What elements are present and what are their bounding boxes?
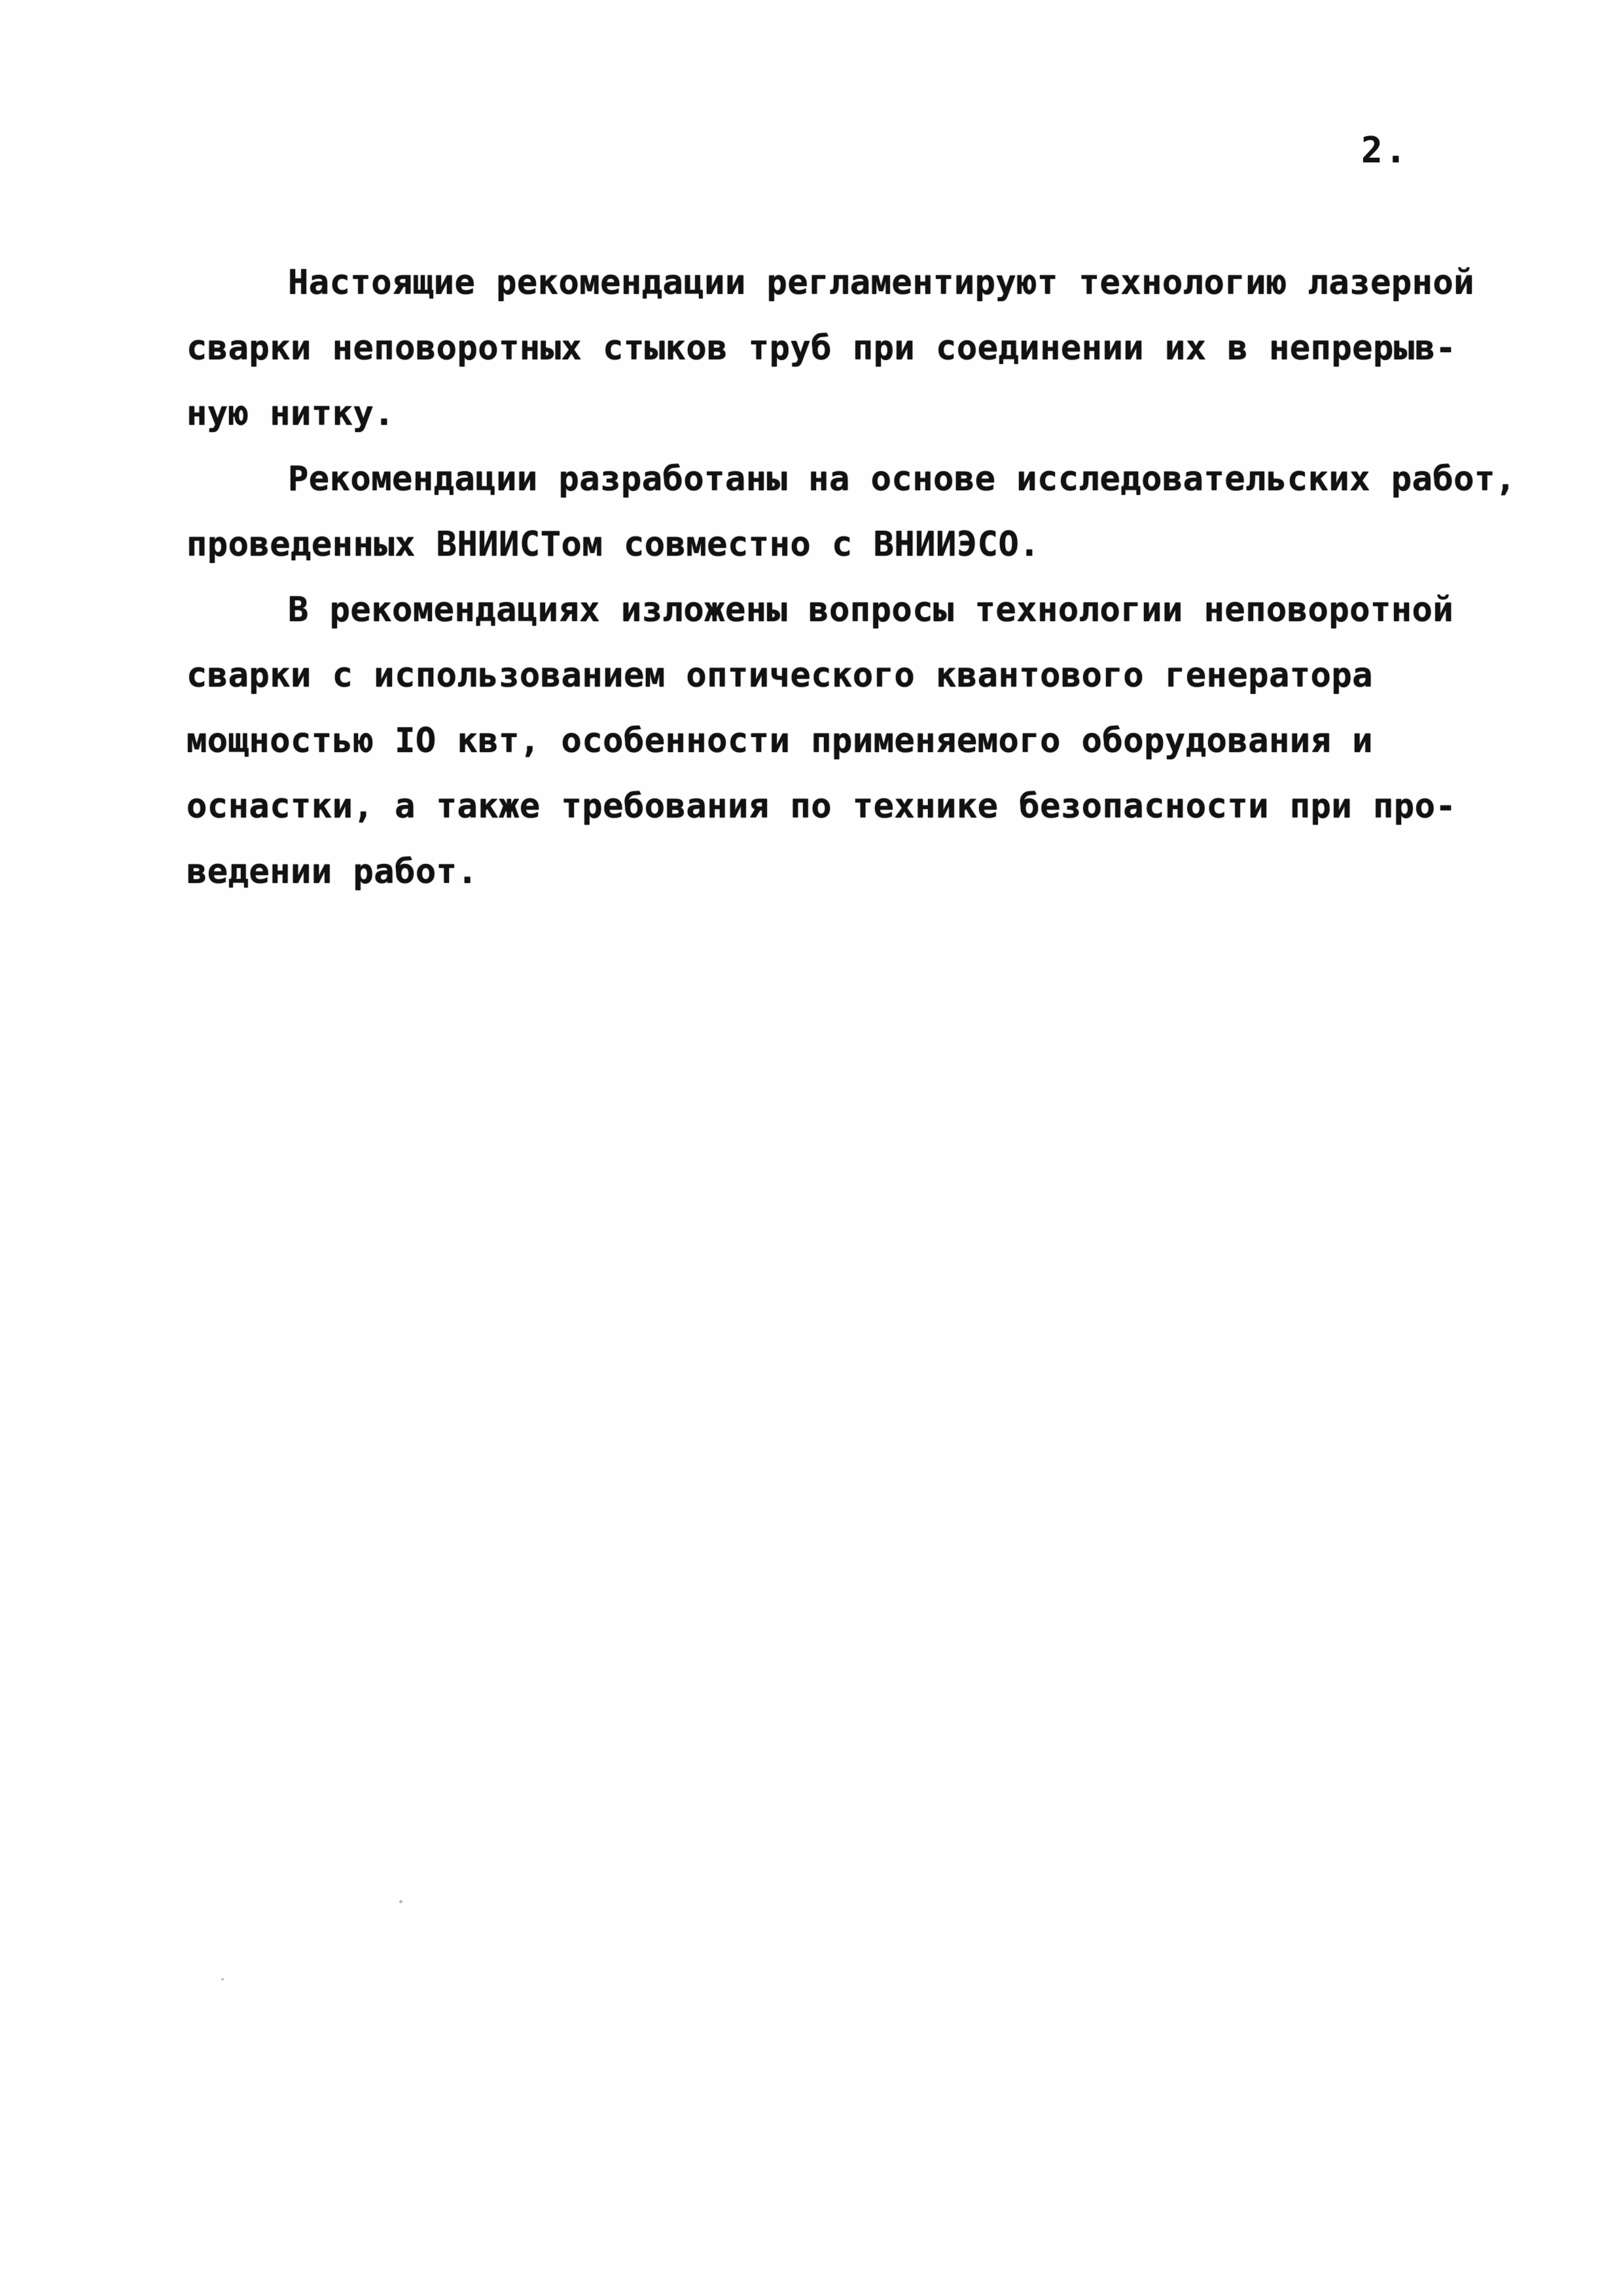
text-line: сварки неповоротных стыков труб при соед… [187,315,1469,381]
scan-speck [221,1978,224,1981]
text-line: ведении работ. [187,839,1469,905]
text-line: Настоящие рекомендации регламентируют те… [187,250,1469,315]
text-line: оснастки, а также требования по технике … [187,774,1469,839]
text-line: В рекомендациях изложены вопросы техноло… [187,577,1469,643]
page-number: 2. [1361,130,1409,171]
text-line: сварки с использованием оптического кван… [187,643,1469,708]
body-text: Настоящие рекомендации регламентируют те… [187,250,1469,905]
scan-speck [399,1900,402,1903]
scanned-page: 2. Настоящие рекомендации регламентируют… [0,0,1623,2296]
text-line: Рекомендации разработаны на основе иссле… [187,446,1469,512]
text-line: мощностью IO квт, особенности применяемо… [187,708,1469,774]
text-line: проведенных ВНИИСТом совместно с ВНИИЭСО… [187,512,1469,577]
text-line: ную нитку. [187,381,1469,446]
